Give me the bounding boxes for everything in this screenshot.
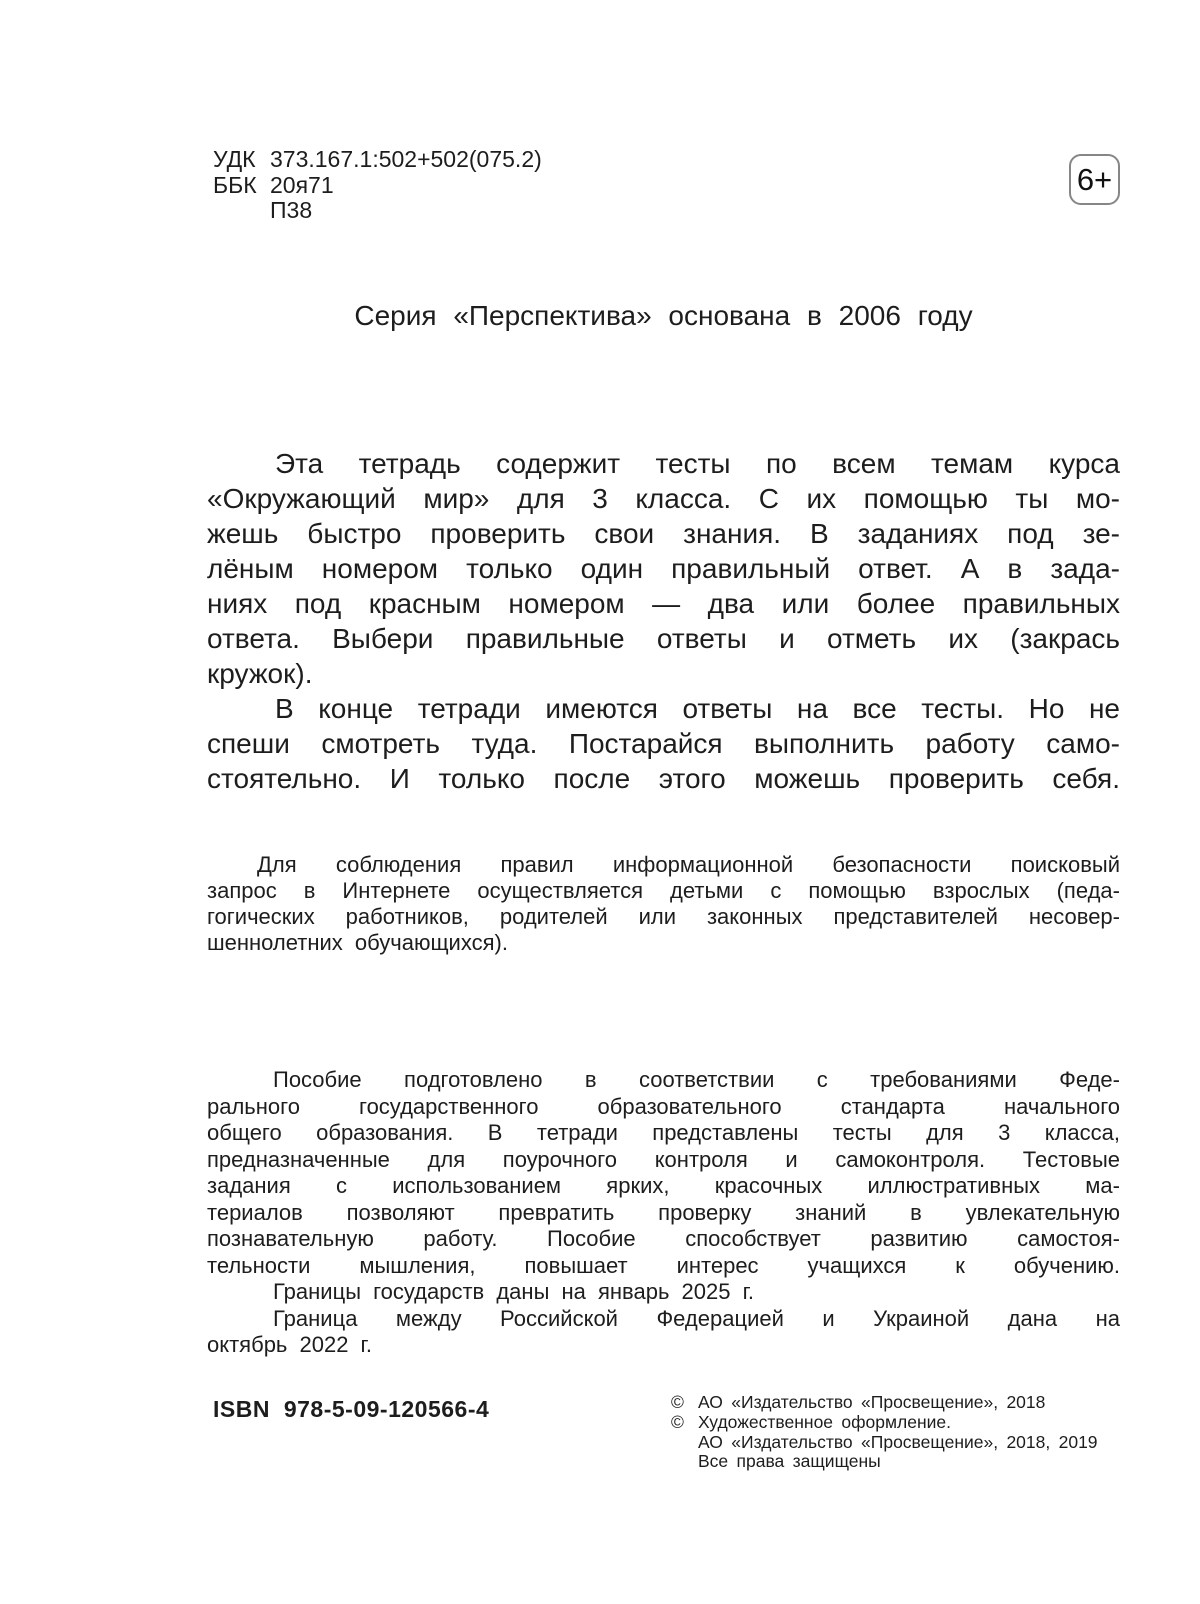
about-text: Пособие подготовлено в соответствии с тр… [207, 1067, 1120, 1359]
bbk-value: 20я71 [270, 173, 334, 199]
bbk-label: ББК [213, 173, 270, 199]
paragraph: В конце тетради имеются ответы на все те… [207, 691, 1120, 796]
bibliographic-codes: УДК 373.167.1:502+502(075.2) ББК 20я71 П… [213, 147, 542, 224]
text-line: стоятельно. И только после этого можешь … [207, 761, 1120, 796]
isbn: ISBN 978-5-09-120566-4 [213, 1396, 489, 1423]
bbk-row: ББК 20я71 [213, 173, 542, 199]
book-imprint-page: { "page": { "meta": { "rows": [ { "label… [0, 0, 1200, 1604]
text-line: Для соблюдения правил информационной без… [207, 852, 1120, 878]
text-line: ниях под красным номером — два или более… [207, 586, 1120, 621]
text-line: лёным номером только один правильный отв… [207, 551, 1120, 586]
text-line: рального государственного образовательно… [207, 1094, 1120, 1121]
copyright-symbol [671, 1452, 698, 1472]
text-line: предназначенные для поурочного контроля … [207, 1147, 1120, 1174]
author-sign-value: П38 [270, 198, 312, 224]
text-line: «Окружающий мир» для 3 класса. С их помо… [207, 481, 1120, 516]
text-line: тельности мышления, повышает интерес уча… [207, 1253, 1120, 1280]
text-line: ответа. Выбери правильные ответы и отмет… [207, 621, 1120, 656]
copyright-text: Все права защищены [698, 1452, 881, 1472]
text-line: Границы государств даны на январь 2025 г… [207, 1279, 1120, 1306]
text-line: Пособие подготовлено в соответствии с тр… [207, 1067, 1120, 1094]
copyright-text: АО «Издательство «Просвещение», 2018, 20… [698, 1433, 1098, 1453]
copyright-line: © Художественное оформление. [671, 1413, 1098, 1433]
copyright-line: © АО «Издательство «Просвещение», 2018 [671, 1393, 1098, 1413]
text-line: задания с использованием ярких, красочны… [207, 1173, 1120, 1200]
text-line: кружок). [207, 656, 1120, 691]
text-line: познавательную работу. Пособие способств… [207, 1226, 1120, 1253]
copyright-symbol: © [671, 1393, 698, 1413]
annotation-text: Эта тетрадь содержит тесты по всем темам… [207, 446, 1120, 796]
copyright-line: АО «Издательство «Просвещение», 2018, 20… [671, 1433, 1098, 1453]
copyright-text: Художественное оформление. [698, 1413, 951, 1433]
security-note: Для соблюдения правил информационной без… [207, 852, 1120, 956]
text-line: шеннолетних обучающихся). [207, 930, 1120, 956]
udk-value: 373.167.1:502+502(075.2) [270, 147, 542, 173]
paragraph: Для соблюдения правил информационной без… [207, 852, 1120, 956]
text-line: Граница между Российской Федерацией и Ук… [207, 1306, 1120, 1333]
copyright-symbol: © [671, 1413, 698, 1433]
text-line: териалов позволяют превратить проверку з… [207, 1200, 1120, 1227]
copyright-block: © АО «Издательство «Просвещение», 2018 ©… [671, 1393, 1098, 1472]
copyright-text: АО «Издательство «Просвещение», 2018 [698, 1393, 1045, 1413]
text-line: общего образования. В тетради представле… [207, 1120, 1120, 1147]
copyright-symbol [671, 1433, 698, 1453]
text-line: спеши смотреть туда. Постарайся выполнит… [207, 726, 1120, 761]
text-line: октябрь 2022 г. [207, 1332, 1120, 1359]
text-line: В конце тетради имеются ответы на все те… [207, 691, 1120, 726]
author-sign-label [213, 198, 270, 224]
paragraph: Пособие подготовлено в соответствии с тр… [207, 1067, 1120, 1279]
series-note: Серия «Перспектива» основана в 2006 году [207, 300, 1120, 332]
text-line: Эта тетрадь содержит тесты по всем темам… [207, 446, 1120, 481]
age-rating-badge: 6+ [1069, 154, 1120, 205]
text-line: гогических работников, родителей или зак… [207, 904, 1120, 930]
paragraph: Границы государств даны на январь 2025 г… [207, 1279, 1120, 1306]
copyright-line: Все права защищены [671, 1452, 1098, 1472]
udk-row: УДК 373.167.1:502+502(075.2) [213, 147, 542, 173]
paragraph: Граница между Российской Федерацией и Ук… [207, 1306, 1120, 1359]
paragraph: Эта тетрадь содержит тесты по всем темам… [207, 446, 1120, 691]
udk-label: УДК [213, 147, 270, 173]
text-line: жешь быстро проверить свои знания. В зад… [207, 516, 1120, 551]
text-line: запрос в Интернете осуществляется детьми… [207, 878, 1120, 904]
author-sign-row: П38 [213, 198, 542, 224]
